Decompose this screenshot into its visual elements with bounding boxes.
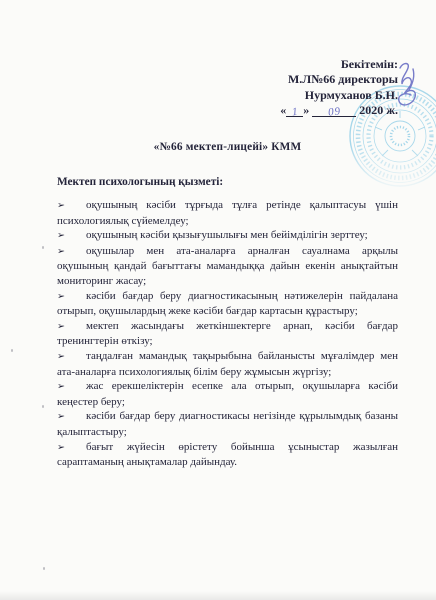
list-item: ➢таңдалған мамандық тақырыбына байланыст… [57,349,398,379]
list-item: ➢оқушының кәсіби тұрғыда тұлға ретінде қ… [57,198,398,228]
arrow-bullet-icon: ➢ [57,350,86,365]
list-item: ➢мектеп жасындағы жеткіншектерге арнап, … [57,319,398,349]
arrow-bullet-icon: ➢ [57,199,86,214]
section-heading: Мектеп психологының қызметі: [57,176,223,188]
date-day-blank: 1 [286,105,303,117]
list-item: ➢оқушылар мен ата-аналарға арналған сауа… [57,244,398,289]
approval-block: Бекітемін: М.Л№66 директоры Нурмуханов Б… [280,57,398,119]
scan-speck [11,349,13,352]
scanned-document-page: Бекітемін: М.Л№66 директоры Нурмуханов Б… [0,0,436,600]
list-item: ➢бағыт жүйесін өрістету бойынша ұсыныста… [57,440,398,470]
scan-speck [43,567,45,570]
arrow-bullet-icon: ➢ [57,290,86,305]
list-item: ➢кәсіби бағдар беру диагностикасының нәт… [57,289,398,319]
handwritten-month: 09 [327,107,341,118]
list-item-text: кәсіби бағдар беру диагностикасының нәти… [57,290,398,318]
approval-director-name: Нурмуханов Б.Н. [280,88,398,103]
arrow-bullet-icon: ➢ [57,245,86,260]
scan-speck [42,405,44,408]
date-month-blank: 09 [312,105,356,117]
signature-icon [386,60,432,122]
list-item: ➢оқушының кәсіби қызығушылығы мен бейімд… [57,228,398,244]
list-item-text: жас ерекшеліктерін есепке ала отырып, оқ… [57,380,398,408]
list-item-text: оқушының кәсіби қызығушылығы мен бейімді… [86,229,368,241]
scan-speck [42,246,44,249]
list-item-text: таңдалған мамандық тақырыбына байланысты… [57,350,398,378]
arrow-bullet-icon: ➢ [57,380,86,395]
arrow-bullet-icon: ➢ [57,441,86,456]
list-item-text: бағыт жүйесін өрістету бойынша ұсыныстар… [57,441,398,469]
scan-edge-shadow [0,591,436,600]
approval-date-line: «1» 09 2020 ж. [280,103,398,118]
list-item-text: кәсіби бағдар беру диагностикасы негізін… [57,410,398,438]
handwritten-day: 1 [291,107,299,118]
approval-organization: М.Л№66 директоры [280,72,398,87]
list-item-text: оқушының кәсіби тұрғыда тұлға ретінде қа… [57,199,398,227]
approval-label: Бекітемін: [280,57,398,72]
close-quote: » [303,103,309,117]
document-title: «№66 мектеп-лицейі» КММ [57,141,398,153]
duties-list: ➢оқушының кәсіби тұрғыда тұлға ретінде қ… [57,198,398,470]
arrow-bullet-icon: ➢ [57,410,86,425]
list-item-text: оқушылар мен ата-аналарға арналған сауал… [57,245,398,287]
arrow-bullet-icon: ➢ [57,229,86,244]
list-item: ➢жас ерекшеліктерін есепке ала отырып, о… [57,379,398,409]
list-item: ➢кәсіби бағдар беру диагностикасы негізі… [57,409,398,439]
arrow-bullet-icon: ➢ [57,320,86,335]
list-item-text: мектеп жасындағы жеткіншектерге арнап, к… [57,320,398,348]
